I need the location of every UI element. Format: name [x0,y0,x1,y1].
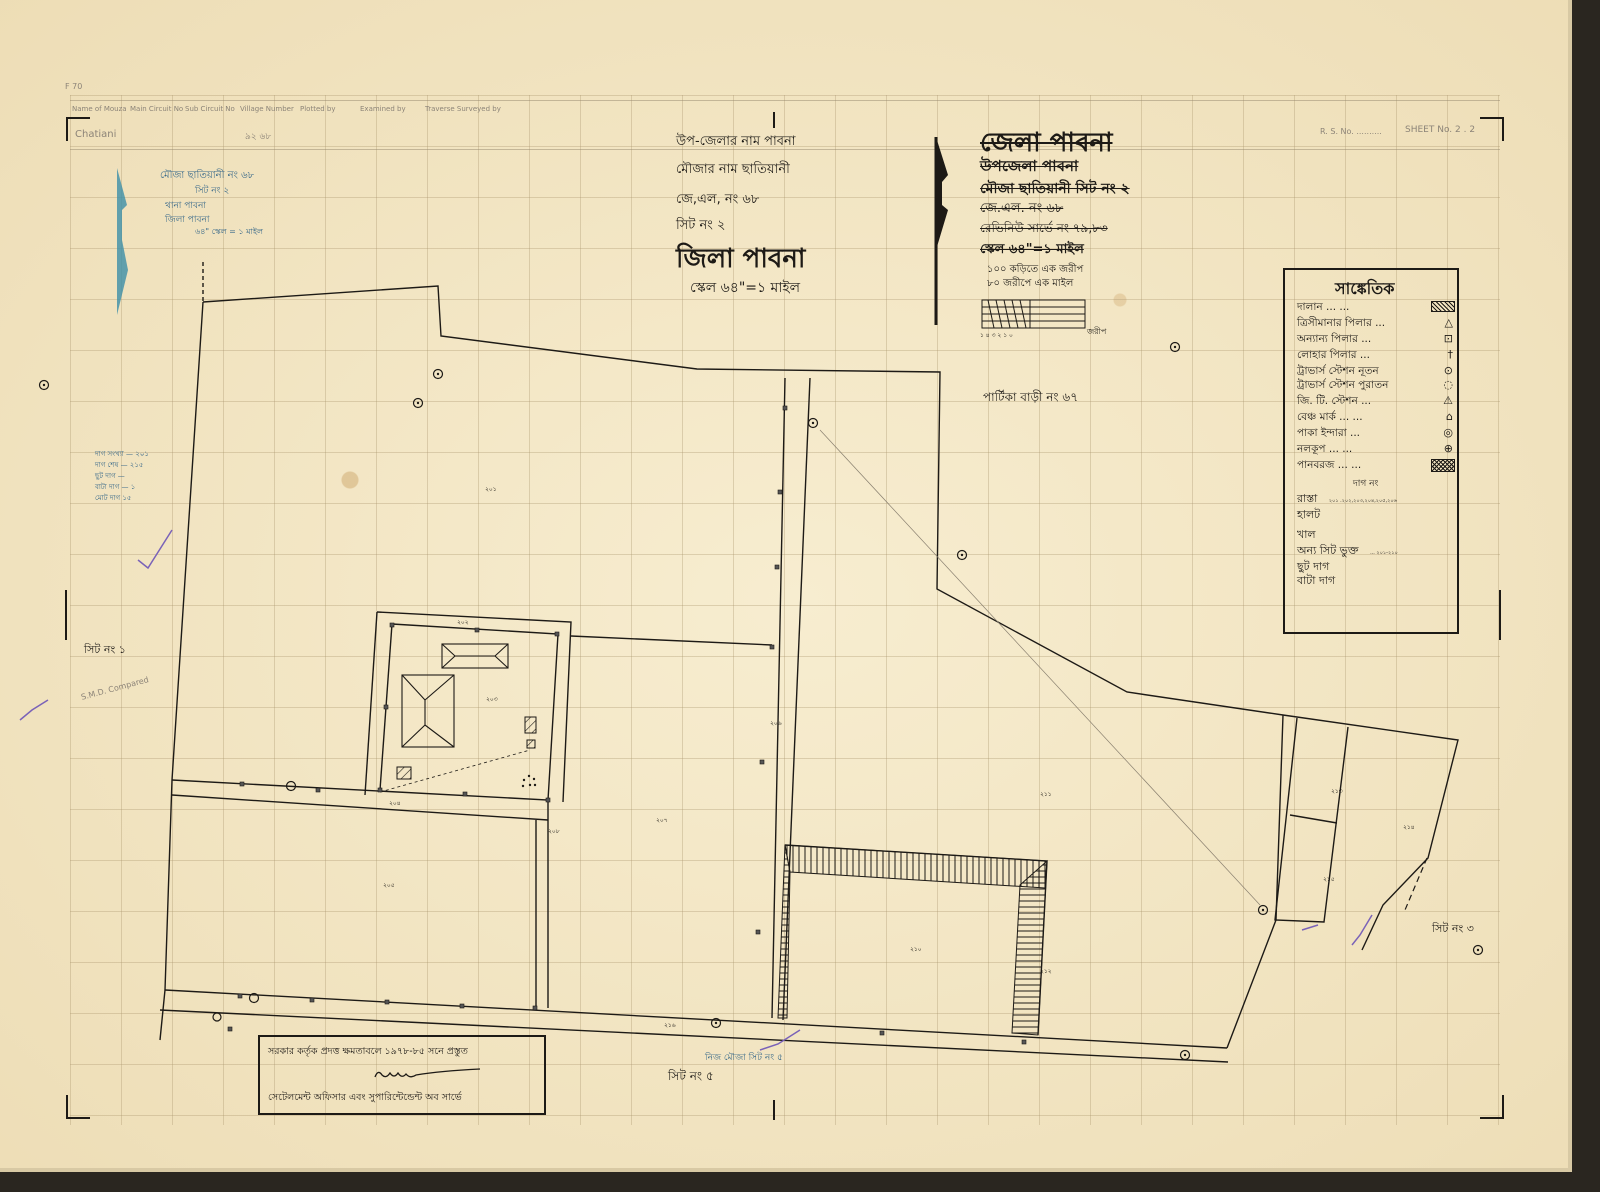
legend-item-betel-garden: পানবরজ ... ... [1297,458,1447,475]
tally-line: মোট দাগ ১৫ [95,492,131,504]
legend-box: সাঙ্কেতিক দালান ... ... ত্রিসীমানার পিলা… [1283,268,1459,634]
legend-label: খাল [1297,528,1316,541]
pucca-well-icon: ◎ [1443,426,1453,439]
scale-bar-unit: জরীপ [1087,326,1106,339]
bottom-pencil-note: নিজ মৌজা সিট নং ৫ [705,1050,783,1065]
legend-label: লোহার পিলার ... [1297,349,1370,361]
plot-number[interactable]: ২০৩ [486,694,498,705]
legend-label: পানবরজ ... ... [1297,459,1361,471]
betel-garden-hatch-icon [1431,459,1455,472]
legend-item-tubewell: নলকূপ ... ... ⊕ [1297,442,1447,459]
jl-no: জে,এল, নং ৬৮ [676,190,759,211]
plot-number[interactable]: ২০৬ [770,718,782,729]
tubewell-icon: ⊕ [1444,442,1453,455]
party-house-label: পার্টিকা বাড়ী নং ৬৭ [983,389,1078,409]
adjacent-sheet-left: সিট নং ১ [84,641,126,660]
legend-item-pucca-well: পাকা ইন্দারা ... ◎ [1297,426,1447,443]
scale-label: স্কেল ৬৪"=১ মাইল [690,276,800,300]
legend-item-other-pillar: অন্যান্য পিলার ... ⊡ [1297,332,1447,349]
legend-label: দালান ... ... [1297,301,1349,313]
plot-number[interactable]: ২১৬ [664,1020,676,1031]
gt-station-icon: ⚠ [1443,394,1453,407]
traverse-old-icon: ◌ [1443,378,1453,391]
legend-sample: ২০১ .২০২,২০৩,২০৪,২০৫,২০৬ [1329,498,1397,504]
legend-item-traverse-old: ট্রাভার্স স্টেশন পুরাতন ◌ [1297,378,1447,395]
legend-label: অন্যান্য পিলার ... [1297,333,1371,345]
dag-heading: দাগ নং [1353,476,1378,491]
scale-bar-ticks: ১ ৪ ৩ ২ ১ ০ [980,330,1013,341]
legend-item-gt-station: জি. টি. স্টেশন ... ⚠ [1297,394,1447,411]
plot-number[interactable]: ২১৩ [1331,786,1343,797]
legend-sample: ... ২০১-২১০ [1370,550,1398,556]
pencil-note: থানা পাবনা [165,198,206,213]
plot-number[interactable]: ২০৮ [548,826,560,837]
pencil-note: জিলা পাবনা [165,212,210,227]
legend-item-bench-mark: বেঞ্চ মার্ক ... ... ⌂ [1297,410,1447,427]
legend-label: বাটা দাগ [1297,574,1335,587]
triangle-pillar-icon: △ [1445,316,1453,329]
sheet-number: সিট নং ২ [676,216,725,237]
plot-number[interactable]: ২০২ [457,617,469,628]
legend-label: ত্রিসীমানার পিলার ... [1297,317,1385,329]
legend-item-halot: হালট [1297,506,1320,525]
legend-item-iron-pillar: লোহার পিলার ... † [1297,348,1447,365]
legend-label: হালট [1297,508,1320,521]
square-pillar-icon: ⊡ [1444,332,1453,345]
pencil-note: ৬৪" স্কেল = ১ মাইল [195,226,263,239]
scale-old: স্কেল ৬৪"=১ মাইল [980,240,1084,261]
legend-title: সাঙ্কেতিক [1335,276,1394,303]
legend-label: ট্রাভার্স স্টেশন পুরাতন [1297,379,1388,391]
plot-number[interactable]: ২০৫ [383,880,395,891]
jl-old: জে.এল. নং ৬৮ [980,199,1063,220]
legend-item-tri-junction-pillar: ত্রিসীমানার পিলার ... △ [1297,316,1447,333]
traverse-new-icon: ⊙ [1444,364,1453,377]
legend-item-building: দালান ... ... [1297,300,1447,317]
plot-number[interactable]: ২১১ [1040,789,1052,800]
prepared-statement: সরকার কর্তৃক প্রদত্ত ক্ষমতাবলে ১৯৭৮-৮৫ স… [268,1045,468,1060]
revenue-survey-no: রেভিনিউ সার্ভে নং ৭৯,৮৩ [980,220,1108,240]
legend-label: বেঞ্চ মার্ক ... ... [1297,411,1363,423]
adjacent-sheet-right: সিট নং ৩ [1432,920,1474,939]
building-hatch-icon [1431,301,1455,312]
plot-number[interactable]: ২১০ [910,944,922,955]
legend-item-split-plot: বাটা দাগ [1297,572,1335,591]
plot-number[interactable]: ২১৫ [1323,874,1335,885]
signature-icon [370,1065,490,1085]
legend-label: অন্য সিট ভুক্ত [1297,544,1359,557]
plot-number[interactable]: ২০৭ [656,815,668,826]
plot-number[interactable]: ২০১ [485,484,497,495]
officer-title: সেটেলমেন্ট অফিসার এবং সুপারিন্টেন্ডেন্ট … [268,1091,462,1106]
mouza-old: মৌজা ছাতিয়ানী সিট নং ২ [980,177,1130,201]
plot-number[interactable]: ২১২ [1040,966,1052,977]
legend-label: জি. টি. স্টেশন ... [1297,395,1371,407]
upazila-name: উপ-জেলার নাম পাবনা [676,132,796,153]
legend-label: পাকা ইন্দারা ... [1297,427,1360,439]
iron-pillar-icon: † [1448,348,1454,361]
plot-number[interactable]: ২১৪ [1403,822,1415,833]
chain-note-2: ৮০ জরীপে এক মাইল [987,276,1073,293]
cadastral-map-sheet: Name of Mouza Main Circuit No Sub Circui… [0,0,1572,1172]
legend-label: ট্রাভার্স স্টেশন নূতন [1297,365,1379,377]
mouza-name: মৌজার নাম ছাতিয়ানী [676,160,790,181]
bench-mark-icon: ⌂ [1446,410,1453,423]
plot-number[interactable]: ২০৪ [389,798,401,809]
certification-box: সরকার কর্তৃক প্রদত্ত ক্ষমতাবলে ১৯৭৮-৮৫ স… [258,1035,546,1115]
adjacent-sheet-bottom: সিট নং ৫ [668,1068,714,1088]
legend-label: রাস্তা [1297,492,1317,505]
pencil-note: সিট নং ২ [195,183,229,198]
legend-label: নলকূপ ... ... [1297,443,1352,455]
